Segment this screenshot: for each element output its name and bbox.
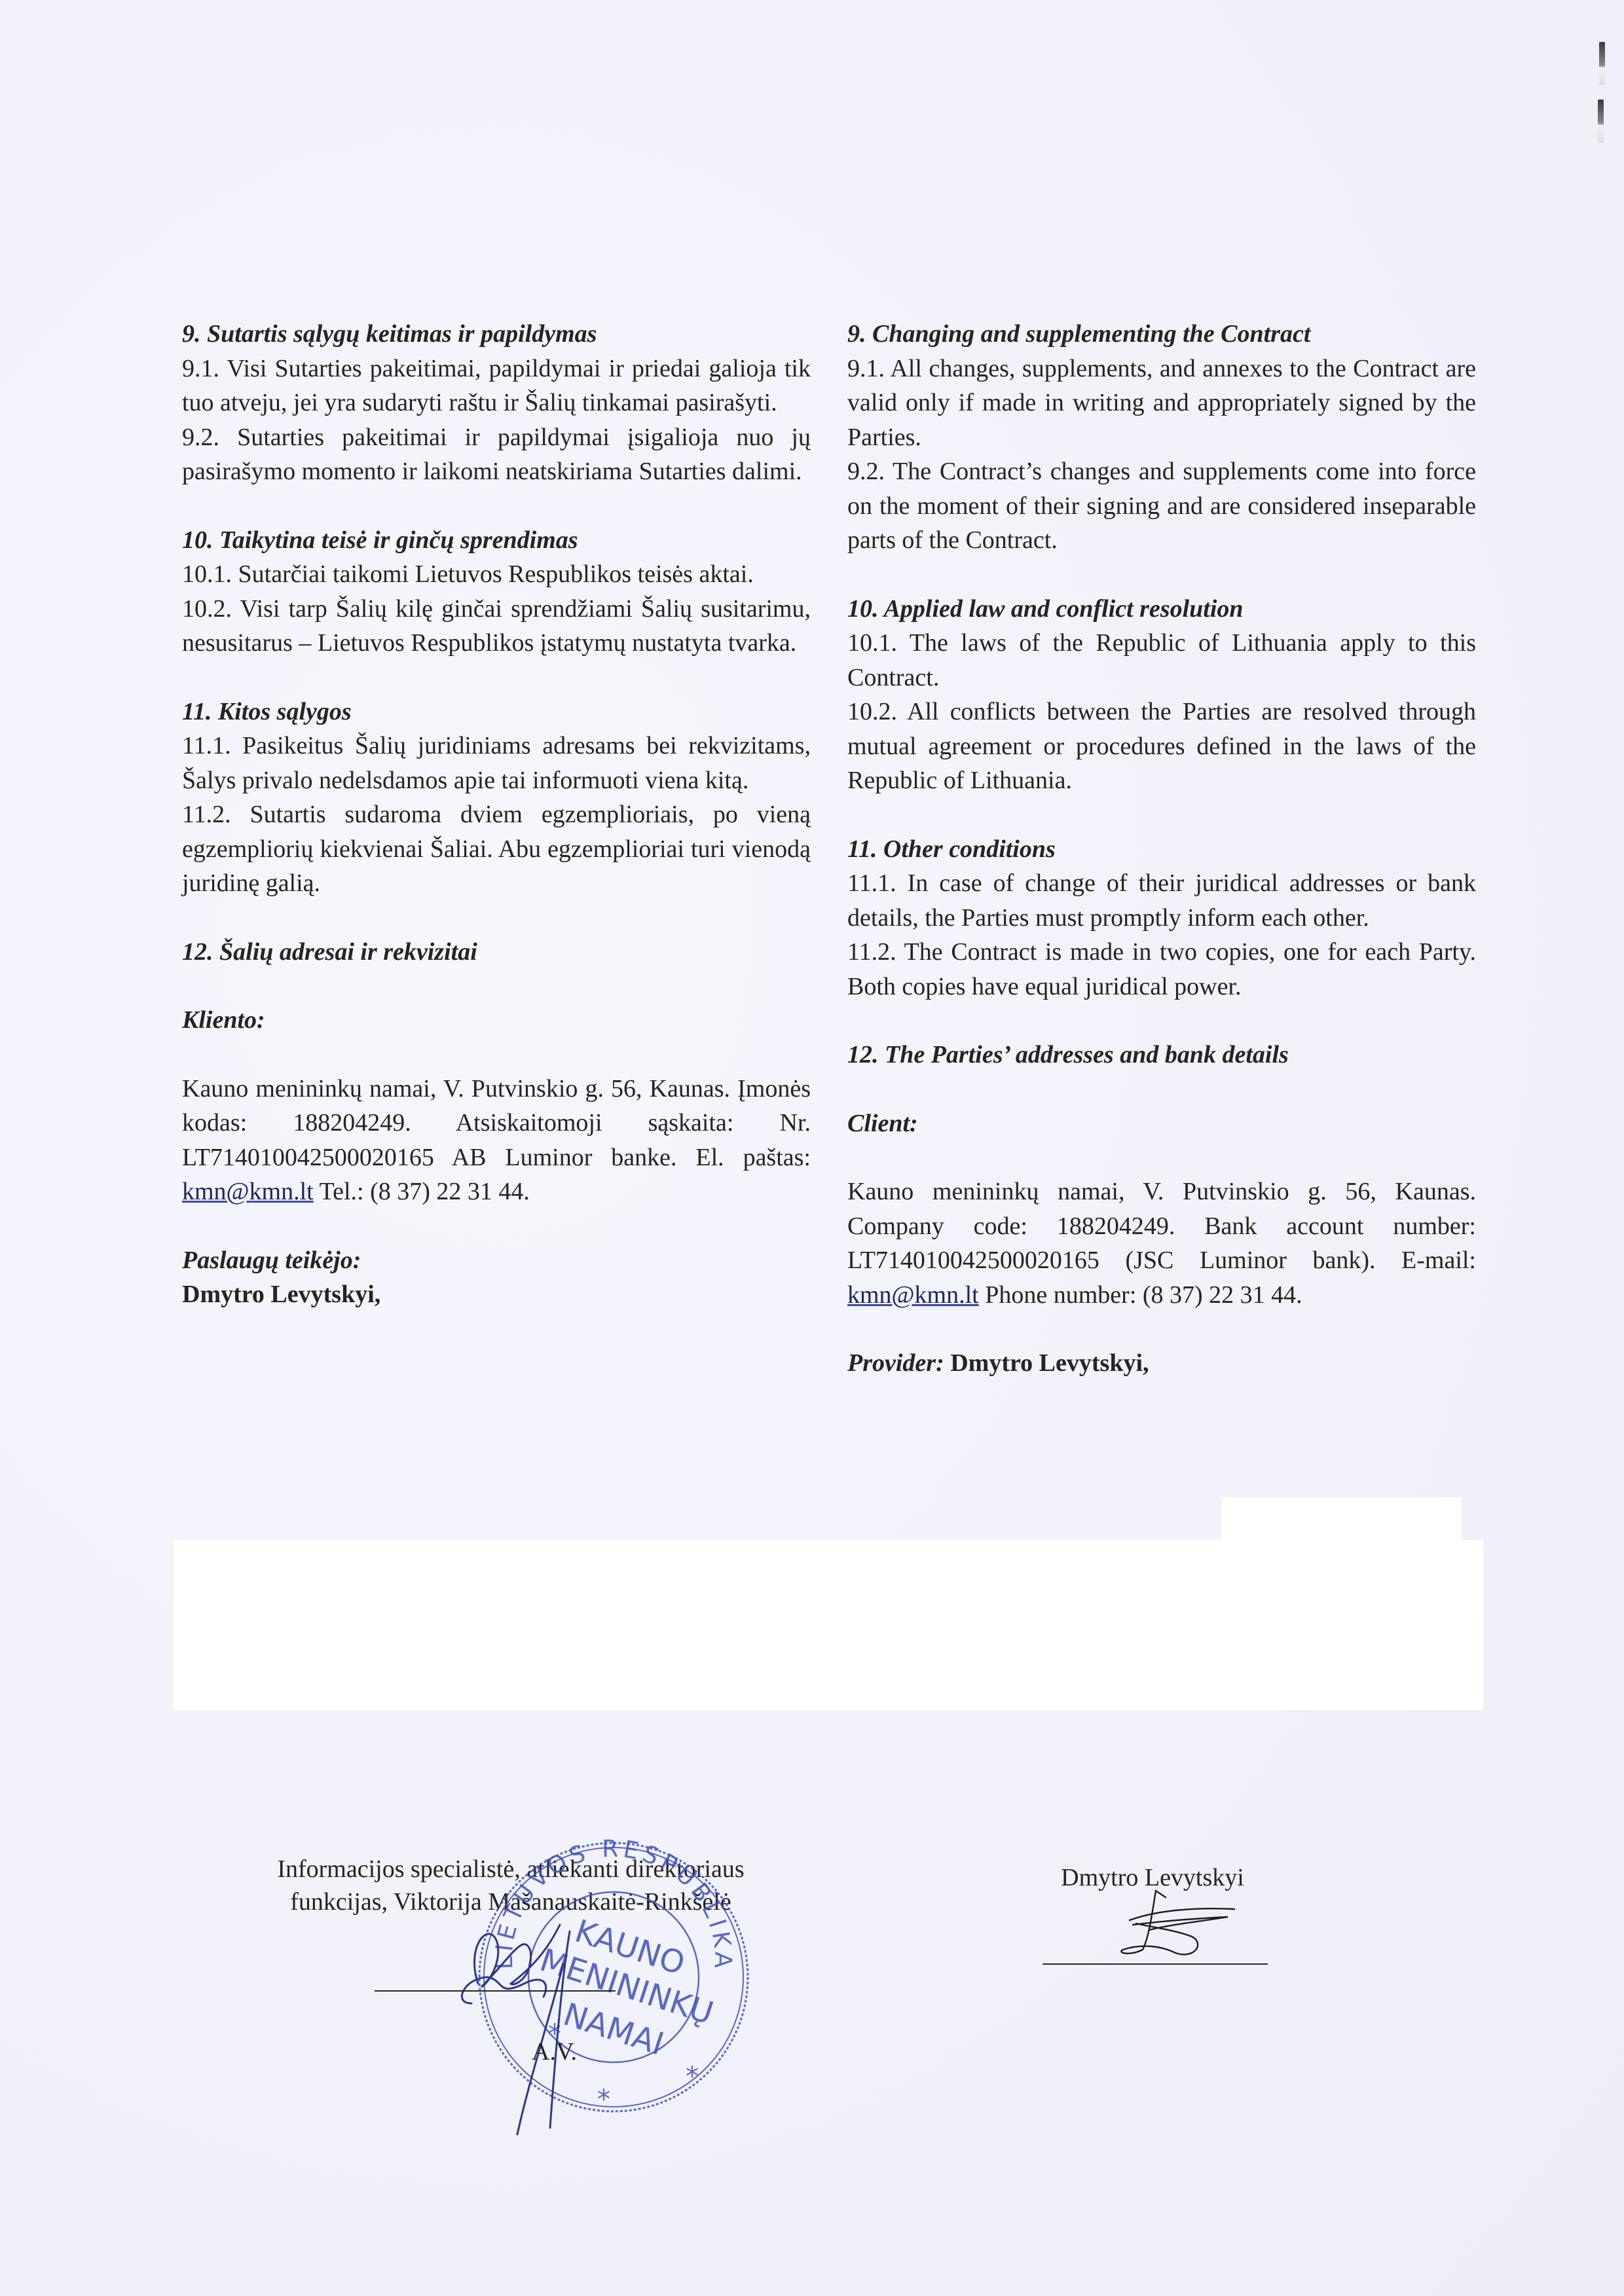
staple-mark xyxy=(1599,42,1605,85)
client-email-link[interactable]: kmn@kmn.lt xyxy=(847,1281,979,1309)
clause: 11.2. Sutartis sudaroma dviem egzemplior… xyxy=(182,797,811,901)
clause: 9.2. Sutarties pakeitimai ir papildymai … xyxy=(182,420,811,489)
clause: 9.1. Visi Sutarties pakeitimai, papildym… xyxy=(182,352,811,420)
provider-signature-scribble xyxy=(1116,1884,1247,1963)
section-heading: 10. Taikytina teisė ir ginčų sprendimas xyxy=(182,523,811,558)
clause: 10.2. Visi tarp Šalių kilę ginčai sprend… xyxy=(182,592,811,661)
clause: 10.1. The laws of the Republic of Lithua… xyxy=(847,626,1476,695)
clause: 11.1. Pasikeitus Šalių juridiniams adres… xyxy=(182,729,811,797)
staple-mark xyxy=(1598,100,1604,143)
section-heading: 10. Applied law and conflict resolution xyxy=(847,592,1476,627)
redaction-box xyxy=(1221,1497,1462,1543)
asterisk-icon: * xyxy=(686,2062,699,2092)
client-email-link[interactable]: kmn@kmn.lt xyxy=(182,1178,314,1205)
client-label: Client: xyxy=(847,1106,1476,1141)
clause: 10.1. Sutarčiai taikomi Lietuvos Respubl… xyxy=(182,557,811,592)
lithuanian-column: 9. Sutartis sąlygų keitimas ir papildyma… xyxy=(182,317,811,1312)
section-heading: 11. Other conditions xyxy=(847,832,1476,867)
english-column: 9. Changing and supplementing the Contra… xyxy=(847,317,1476,1381)
client-signature-line xyxy=(375,1990,506,1992)
provider-label: Paslaugų teikėjo: xyxy=(182,1243,811,1278)
clause: 11.1. In case of change of their juridic… xyxy=(847,866,1476,935)
provider-name: Dmytro Levytskyi, xyxy=(182,1277,811,1312)
client-details: Kauno menininkų namai, V. Putvinskio g. … xyxy=(182,1072,811,1209)
provider-name: Dmytro Levytskyi, xyxy=(944,1349,1149,1377)
provider-signature-line xyxy=(1043,1963,1268,1965)
seal-mark: A.V. xyxy=(532,2037,577,2066)
section-heading: 9. Changing and supplementing the Contra… xyxy=(847,317,1476,352)
clause: 11.2. The Contract is made in two copies… xyxy=(847,935,1476,1004)
section-heading: 11. Kitos sąlygos xyxy=(182,695,811,729)
provider-line: Provider: Dmytro Levytskyi, xyxy=(847,1346,1476,1381)
client-details: Kauno menininkų namai, V. Putvinskio g. … xyxy=(847,1175,1476,1312)
redaction-box xyxy=(174,1540,1483,1710)
section-heading: 12. The Parties’ addresses and bank deta… xyxy=(847,1038,1476,1072)
clause: 10.2. All conflicts between the Parties … xyxy=(847,695,1476,798)
client-signature-line xyxy=(506,1990,616,1992)
clause: 9.2. The Contract’s changes and suppleme… xyxy=(847,454,1476,558)
section-heading: 12. Šalių adresai ir rekvizitai xyxy=(182,935,811,970)
section-heading: 9. Sutartis sąlygų keitimas ir papildyma… xyxy=(182,317,811,352)
clause: 9.1. All changes, supplements, and annex… xyxy=(847,352,1476,455)
client-label: Kliento: xyxy=(182,1003,811,1038)
client-signature-scribble xyxy=(452,1905,622,2141)
provider-label: Provider: xyxy=(847,1349,944,1377)
